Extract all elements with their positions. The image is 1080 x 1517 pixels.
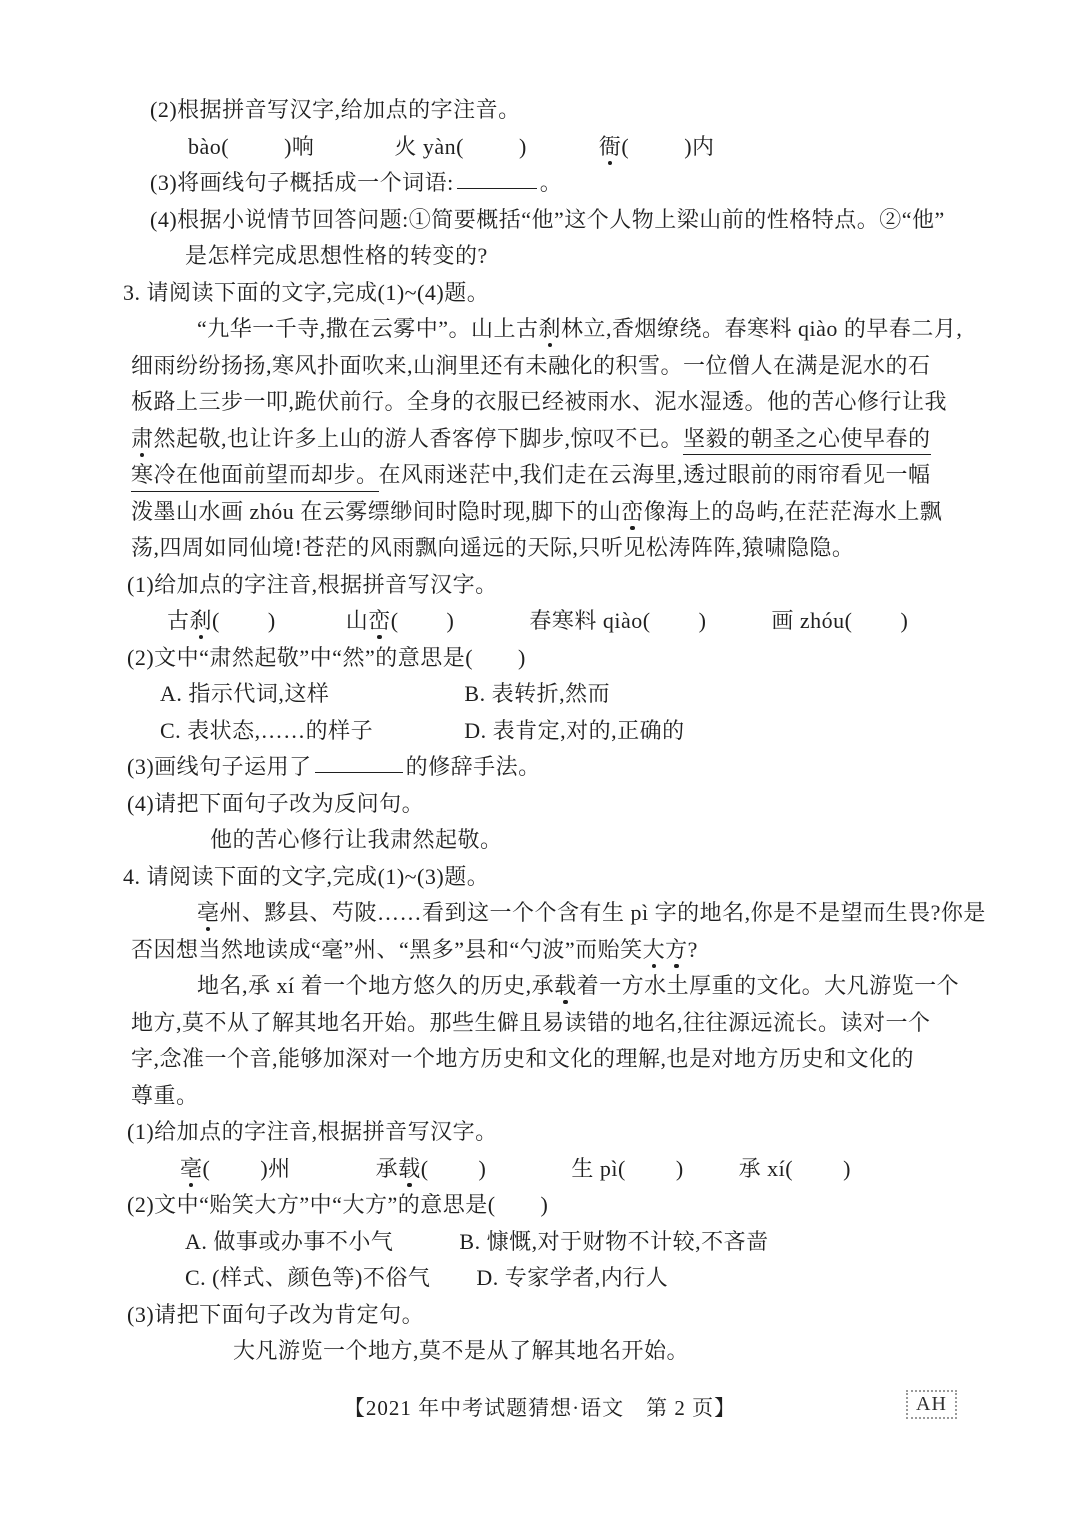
sub-question-label: (3)请把下面句子改为肯定句。 — [0, 1297, 1080, 1334]
option-row: C. 表状态,……的样子D. 表肯定,对的,正确的 — [0, 713, 1080, 750]
option-row: C. (样式、颜色等)不俗气D. 专家学者,内行人 — [0, 1260, 1080, 1297]
text-segment: bào( — [188, 134, 229, 159]
text-segment: 否因想当然地读成“毫”州、“黑多”县和“勺波”而贻笑 — [131, 937, 643, 962]
emphasized-char: 肃 — [131, 426, 154, 451]
text-segment: ( — [391, 608, 399, 633]
exam-page: (2)根据拼音写汉字,给加点的字注音。bào()响火 yàn()衙()内(3)将… — [0, 0, 1080, 1517]
text-segment: ( — [203, 1156, 211, 1181]
emphasized-char: 刹 — [190, 608, 213, 633]
emphasized-char: 峦 — [368, 608, 391, 633]
text-segment: 板路上三步一叩,跪伏前行。全身的衣服已经被雨水、泥水湿透。他的苦心修行让我 — [131, 389, 947, 414]
text-segment: 尊重。 — [131, 1083, 199, 1108]
text-segment: 承 — [376, 1156, 399, 1181]
text-segment: 是怎样完成思想性格的转变的? — [185, 243, 488, 268]
spacer — [314, 153, 394, 154]
text-segment: D. 专家学者,内行人 — [476, 1265, 668, 1290]
text-segment: ) — [676, 1156, 684, 1181]
text-segment: )州 — [260, 1156, 290, 1181]
text-segment: C. (样式、颜色等)不俗气 — [185, 1265, 430, 1290]
spacer — [210, 1175, 260, 1176]
text-segment: (3)请把下面句子改为肯定句。 — [127, 1302, 424, 1327]
text-segment: 大凡游览一个地方,莫不是从了解其地名开始。 — [233, 1338, 689, 1363]
text-segment: 林立,香烟缭绕。春寒料 qiào 的早春二月, — [561, 316, 962, 341]
spacer — [651, 627, 699, 628]
text-segment: 生 pì( — [571, 1156, 625, 1181]
spacer — [527, 153, 599, 154]
text-segment: 然起敬,也让许多上山的游人香客停下脚步,惊叹不已。 — [154, 426, 684, 451]
text-segment: ) — [901, 608, 909, 633]
text-segment: 州、黟县、芍陂……看到这一个个含有生 pì 字的地名,你是不是望而生畏?你是 — [220, 900, 986, 925]
text-segment: 画 zhóu( — [771, 608, 852, 633]
text-segment: (4)请把下面句子改为反问句。 — [127, 791, 424, 816]
spacer — [229, 153, 284, 154]
text-segment: 古 — [167, 608, 190, 633]
answer-blank — [315, 772, 403, 773]
spacer — [399, 627, 447, 628]
spacer — [276, 627, 346, 628]
passage-line: 板路上三步一叩,跪伏前行。全身的衣服已经被雨水、泥水湿透。他的苦心修行让我 — [0, 384, 1080, 421]
underlined-text: 坚毅的朝圣之心使早春的 — [683, 426, 931, 456]
passage-line: 尊重。 — [0, 1078, 1080, 1115]
sub-question-label: (4)请把下面句子改为反问句。 — [0, 786, 1080, 823]
text-segment: ) — [447, 608, 455, 633]
text-segment: 像海上的岛屿,在茫茫海水上飘 — [644, 499, 943, 524]
text-segment: 地名,承 xí 着一个地方悠久的历史,承 — [197, 973, 554, 998]
sub-question-label: (1)给加点的字注音,根据拼音写汉字。 — [0, 1114, 1080, 1151]
text-segment: 泼墨山水画 zhóu 在云雾缥缈间时隐时现,脚下的山 — [131, 499, 621, 524]
passage-line: 字,念准一个音,能够加深对一个地方历史和文化的理解,也是对地方历史和文化的 — [0, 1041, 1080, 1078]
text-segment: A. 做事或办事不小气 — [185, 1229, 393, 1254]
text-segment: )内 — [684, 134, 714, 159]
emphasized-char: 大 — [643, 937, 666, 962]
emphasized-char: 衙 — [599, 134, 622, 159]
sub-question-label: (1)给加点的字注音,根据拼音写汉字。 — [0, 567, 1080, 604]
spacer — [629, 153, 684, 154]
spacer — [220, 627, 268, 628]
spacer — [706, 627, 771, 628]
text-segment: ( — [421, 1156, 429, 1181]
text-segment: A. 指示代词,这样 — [160, 681, 329, 706]
quoted-sentence: 大凡游览一个地方,莫不是从了解其地名开始。 — [0, 1333, 1080, 1370]
text-segment: ) — [479, 1156, 487, 1181]
sub-question-label: (3)将画线句子概括成一个词语:。 — [0, 165, 1080, 202]
spacer — [393, 1248, 459, 1249]
spacer — [793, 1175, 843, 1176]
emphasized-char: 载 — [398, 1156, 421, 1181]
text-segment: 细雨纷纷扬扬,寒风扑面吹来,山涧里还有未融化的积雪。一位僧人在满是泥水的石 — [131, 353, 931, 378]
spacer — [626, 1175, 676, 1176]
emphasized-char: 刹 — [539, 316, 562, 341]
spacer — [684, 1175, 739, 1176]
spacer — [430, 1284, 476, 1285]
pinyin-fill-row: bào()响火 yàn()衙()内 — [0, 129, 1080, 166]
text-segment: (1)给加点的字注音,根据拼音写汉字。 — [127, 572, 498, 597]
passage-line: 泼墨山水画 zhóu 在云雾缥缈间时隐时现,脚下的山峦像海上的岛屿,在茫茫海水上… — [0, 494, 1080, 531]
pinyin-fill-row: 古刹()山峦()春寒料 qiào()画 zhóu() — [0, 603, 1080, 640]
sub-question-cont: 是怎样完成思想性格的转变的? — [0, 238, 1080, 275]
text-segment: (2)文中“贻笑大方”中“大方”的意思是( — [127, 1192, 496, 1217]
answer-blank — [457, 188, 537, 189]
text-segment: B. 慷慨,对于财物不计较,不吝啬 — [459, 1229, 768, 1254]
text-segment: (3)将画线句子概括成一个词语: — [150, 170, 454, 195]
passage-line: 地名,承 xí 着一个地方悠久的历史,承载着一方水土厚重的文化。大凡游览一个 — [0, 968, 1080, 1005]
emphasized-char: 亳 — [180, 1156, 203, 1181]
spacer — [291, 1175, 376, 1176]
text-segment: ( — [621, 134, 629, 159]
text-segment: 火 yàn( — [394, 134, 464, 159]
question-number-line: 3. 请阅读下面的文字,完成(1)~(4)题。 — [0, 275, 1080, 312]
passage-line: 细雨纷纷扬扬,寒风扑面吹来,山涧里还有未融化的积雪。一位僧人在满是泥水的石 — [0, 348, 1080, 385]
text-segment: (3)画线句子运用了 — [127, 754, 312, 779]
text-segment: D. 表肯定,对的,正确的 — [464, 718, 684, 743]
option-row: A. 指示代词,这样B. 表转折,然而 — [0, 676, 1080, 713]
text-segment: ) — [541, 1192, 549, 1217]
emphasized-char: 方 — [665, 937, 688, 962]
text-segment: (2)根据拼音写汉字,给加点的字注音。 — [150, 97, 521, 122]
sub-question-label: (2)文中“贻笑大方”中“大方”的意思是() — [0, 1187, 1080, 1224]
text-segment: B. 表转折,然而 — [464, 681, 610, 706]
text-segment: (4)根据小说情节回答问题:①简要概括“他”这个人物上梁山前的性格特点。②“他” — [150, 207, 945, 232]
text-segment: 着一方水土厚重的文化。大凡游览一个 — [577, 973, 960, 998]
text-segment: )响 — [284, 134, 314, 159]
text-segment: 春寒料 qiào( — [529, 608, 650, 633]
spacer — [496, 1211, 541, 1212]
option-row: A. 做事或办事不小气B. 慷慨,对于财物不计较,不吝啬 — [0, 1224, 1080, 1261]
text-segment: 。 — [540, 170, 563, 195]
sub-question-label: (2)根据拼音写汉字,给加点的字注音。 — [0, 92, 1080, 129]
emphasized-char: 亳 — [197, 900, 220, 925]
text-segment: 他的苦心修行让我肃然起敬。 — [210, 827, 503, 852]
text-segment: 3. 请阅读下面的文字,完成(1)~(4)题。 — [123, 280, 489, 305]
emphasized-char: 峦 — [621, 499, 644, 524]
text-segment: ) — [518, 645, 526, 670]
question-number-line: 4. 请阅读下面的文字,完成(1)~(3)题。 — [0, 859, 1080, 896]
passage-line: 肃然起敬,也让许多上山的游人香客停下脚步,惊叹不已。坚毅的朝圣之心使早春的 — [0, 421, 1080, 458]
text-segment: ? — [688, 937, 698, 962]
pinyin-fill-row: 亳()州承载()生 pì()承 xí() — [0, 1151, 1080, 1188]
underlined-text: 寒冷在他面前望而却步。 — [131, 462, 379, 492]
spacer — [464, 153, 519, 154]
spacer — [853, 627, 901, 628]
spacer — [429, 1175, 479, 1176]
text-segment: 地方,莫不从了解其地名开始。那些生僻且易读错的地名,往往源远流长。读对一个 — [131, 1010, 931, 1035]
spacer — [486, 1175, 571, 1176]
text-segment: 山 — [346, 608, 369, 633]
sub-question-label: (4)根据小说情节回答问题:①简要概括“他”这个人物上梁山前的性格特点。②“他” — [0, 202, 1080, 239]
passage-line: 寒冷在他面前望而却步。在风雨迷茫中,我们走在云海里,透过眼前的雨帘看见一幅 — [0, 457, 1080, 494]
spacer — [473, 664, 518, 665]
text-segment: 荡,四周如同仙境!苍茫的风雨飘向遥远的天际,只听见松涛阵阵,猿啸隐隐。 — [131, 535, 854, 560]
text-segment: ) — [699, 608, 707, 633]
spacer — [373, 737, 464, 738]
text-segment: (1)给加点的字注音,根据拼音写汉字。 — [127, 1119, 498, 1144]
sub-question-label: (2)文中“肃然起敬”中“然”的意思是() — [0, 640, 1080, 677]
text-segment: 字,念准一个音,能够加深对一个地方历史和文化的理解,也是对地方历史和文化的 — [131, 1046, 914, 1071]
text-segment: 的修辞手法。 — [406, 754, 541, 779]
passage-line: 否因想当然地读成“毫”州、“黑多”县和“勺波”而贻笑大方? — [0, 932, 1080, 969]
spacer — [329, 700, 464, 701]
footer-caption: 【2021 年中考试题猜想·语文 第 2 页】 — [344, 1396, 736, 1420]
text-segment: ) — [519, 134, 527, 159]
text-segment: (2)文中“肃然起敬”中“然”的意思是( — [127, 645, 473, 670]
page-content: (2)根据拼音写汉字,给加点的字注音。bào()响火 yàn()衙()内(3)将… — [0, 92, 1080, 1370]
passage-line: “九华一千寺,撒在云雾中”。山上古刹林立,香烟缭绕。春寒料 qiào 的早春二月… — [0, 311, 1080, 348]
passage-line: 荡,四周如同仙境!苍茫的风雨飘向遥远的天际,只听见松涛阵阵,猿啸隐隐。 — [0, 530, 1080, 567]
text-segment: ( — [212, 608, 220, 633]
text-segment: ) — [268, 608, 276, 633]
quoted-sentence: 他的苦心修行让我肃然起敬。 — [0, 822, 1080, 859]
passage-line: 地方,莫不从了解其地名开始。那些生僻且易读错的地名,往往源远流长。读对一个 — [0, 1005, 1080, 1042]
text-segment: ) — [843, 1156, 851, 1181]
text-segment: “九华一千寺,撒在云雾中”。山上古 — [197, 316, 539, 341]
version-badge: AH — [906, 1390, 957, 1419]
text-segment: 4. 请阅读下面的文字,完成(1)~(3)题。 — [123, 864, 489, 889]
text-segment: 在风雨迷茫中,我们走在云海里,透过眼前的雨帘看见一幅 — [379, 462, 931, 487]
spacer — [454, 627, 529, 628]
passage-line: 亳州、黟县、芍陂……看到这一个个含有生 pì 字的地名,你是不是望而生畏?你是 — [0, 895, 1080, 932]
text-segment: 承 xí( — [739, 1156, 793, 1181]
sub-question-label: (3)画线句子运用了的修辞手法。 — [0, 749, 1080, 786]
text-segment: C. 表状态,……的样子 — [160, 718, 373, 743]
emphasized-char: 载 — [554, 973, 577, 998]
